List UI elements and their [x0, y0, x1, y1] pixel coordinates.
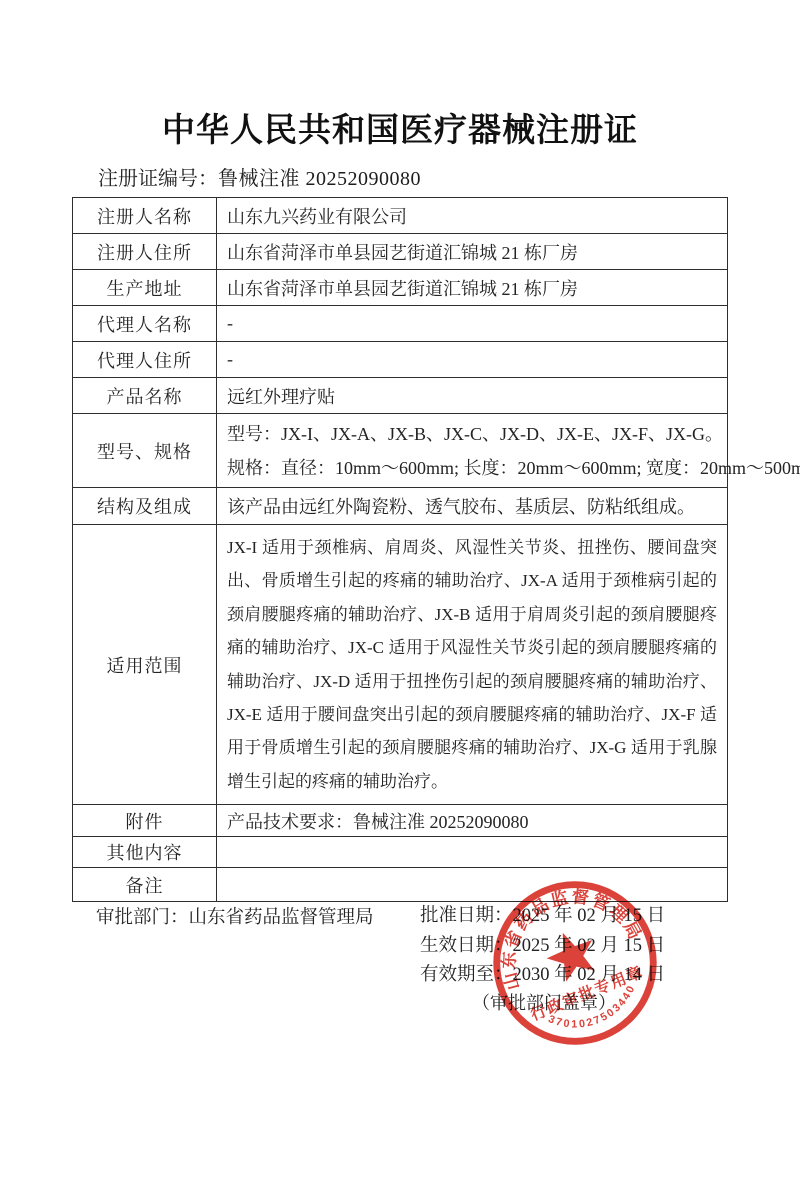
row-value-registrant-name: 山东九兴药业有限公司: [217, 198, 728, 234]
row-value-product-name: 远红外理疗贴: [217, 378, 728, 414]
table-row: 其他内容: [73, 837, 728, 868]
row-label-production-address: 生产地址: [73, 270, 217, 306]
row-label-scope: 适用范围: [73, 525, 217, 805]
table-row: 附件 产品技术要求：鲁械注准 20252090080: [73, 805, 728, 837]
row-value-agent-name: -: [217, 306, 728, 342]
spec-line: 规格：直径：10mm～600mm; 长度：20mm～600mm; 宽度：20mm…: [227, 451, 717, 485]
approval-department-label: 审批部门：: [96, 908, 189, 928]
model-line: 型号：JX-I、JX-A、JX-B、JX-C、JX-D、JX-E、JX-F、JX…: [227, 417, 717, 451]
row-value-other-content: [217, 837, 728, 868]
cert-number-label: 注册证编号：: [98, 168, 218, 190]
row-label-product-name: 产品名称: [73, 378, 217, 414]
row-value-production-address: 山东省菏泽市单县园艺街道汇锦城 21 栋厂房: [217, 270, 728, 306]
table-row: 生产地址 山东省菏泽市单县园艺街道汇锦城 21 栋厂房: [73, 270, 728, 306]
table-row: 型号、规格 型号：JX-I、JX-A、JX-B、JX-C、JX-D、JX-E、J…: [73, 414, 728, 488]
row-value-model-spec: 型号：JX-I、JX-A、JX-B、JX-C、JX-D、JX-E、JX-F、JX…: [217, 414, 728, 488]
table-row: 适用范围 JX-I 适用于颈椎病、肩周炎、风湿性关节炎、扭挫伤、腰间盘突出、骨质…: [73, 525, 728, 805]
row-label-model-spec: 型号、规格: [73, 414, 217, 488]
scope-paragraph: JX-I 适用于颈椎病、肩周炎、风湿性关节炎、扭挫伤、腰间盘突出、骨质增生引起的…: [227, 531, 717, 798]
row-value-attachment: 产品技术要求：鲁械注准 20252090080: [217, 805, 728, 837]
certificate-page: 中华人民共和国医疗器械注册证 注册证编号：鲁械注准 20252090080 注册…: [0, 0, 800, 1190]
table-row: 产品名称 远红外理疗贴: [73, 378, 728, 414]
row-label-other-content: 其他内容: [73, 837, 217, 868]
row-label-structure: 结构及组成: [73, 488, 217, 525]
certificate-title: 中华人民共和国医疗器械注册证: [0, 104, 800, 151]
row-value-registrant-address: 山东省菏泽市单县园艺街道汇锦城 21 栋厂房: [217, 234, 728, 270]
table-row: 结构及组成 该产品由远红外陶瓷粉、透气胶布、基质层、防粘纸组成。: [73, 488, 728, 525]
row-label-agent-name: 代理人名称: [73, 306, 217, 342]
row-label-attachment: 附件: [73, 805, 217, 837]
table-row: 代理人住所 -: [73, 342, 728, 378]
row-label-remarks: 备注: [73, 868, 217, 902]
cert-number-value: 鲁械注准 20252090080: [218, 168, 421, 190]
row-value-agent-address: -: [217, 342, 728, 378]
row-label-agent-address: 代理人住所: [73, 342, 217, 378]
row-value-scope: JX-I 适用于颈椎病、肩周炎、风湿性关节炎、扭挫伤、腰间盘突出、骨质增生引起的…: [217, 525, 728, 805]
row-label-registrant-address: 注册人住所: [73, 234, 217, 270]
table-row: 注册人名称 山东九兴药业有限公司: [73, 198, 728, 234]
table-row: 注册人住所 山东省菏泽市单县园艺街道汇锦城 21 栋厂房: [73, 234, 728, 270]
row-value-remarks: [217, 868, 728, 902]
row-value-structure: 该产品由远红外陶瓷粉、透气胶布、基质层、防粘纸组成。: [217, 488, 728, 525]
cert-number-line: 注册证编号：鲁械注准 20252090080: [98, 162, 421, 191]
approval-department-value: 山东省药品监督管理局: [189, 908, 374, 928]
certificate-table: 注册人名称 山东九兴药业有限公司 注册人住所 山东省菏泽市单县园艺街道汇锦城 2…: [72, 197, 728, 902]
seal-star-icon: [540, 924, 603, 986]
table-row: 代理人名称 -: [73, 306, 728, 342]
approval-department-line: 审批部门：山东省药品监督管理局: [96, 903, 374, 929]
row-label-registrant-name: 注册人名称: [73, 198, 217, 234]
